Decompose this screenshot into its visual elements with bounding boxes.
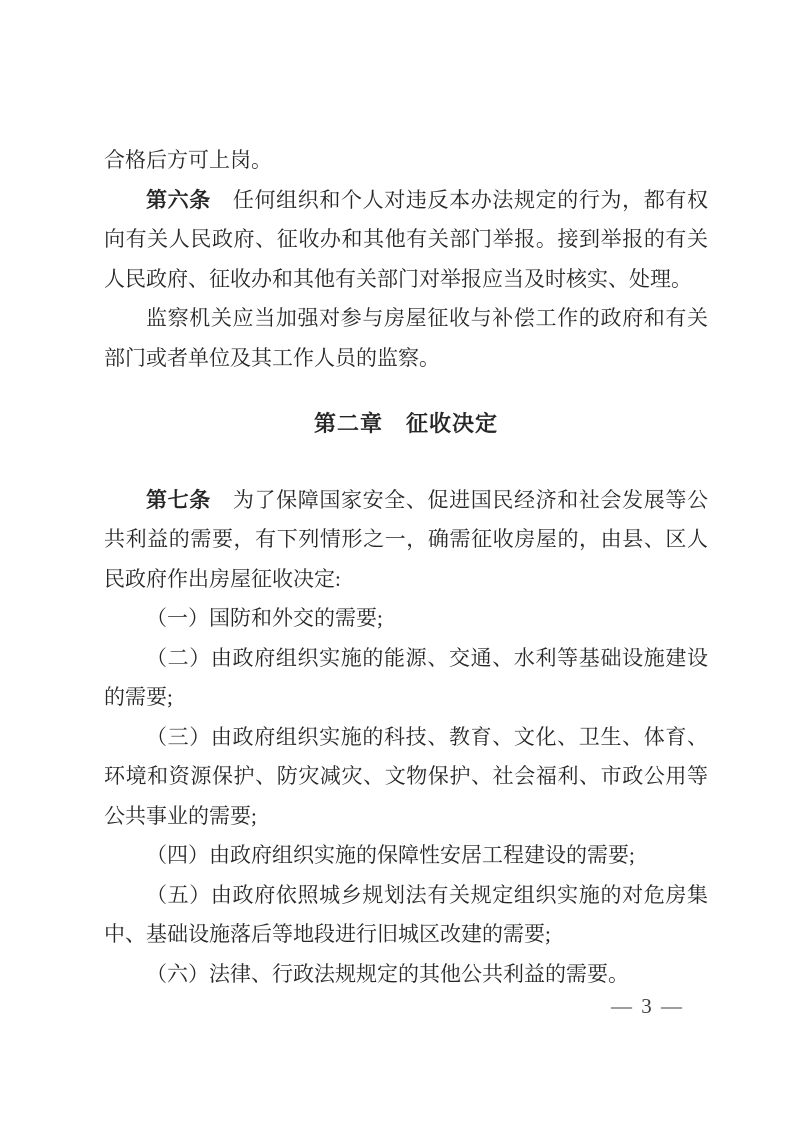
item-paragraph-6: （六）法律、行政法规规定的其他公共利益的需要。 xyxy=(104,955,708,995)
document-page: 合格后方可上岗。 第六条任何组织和个人对违反本办法规定的行为，都有权向有关人民政… xyxy=(0,0,793,1122)
article-6-label: 第六条 xyxy=(146,189,211,212)
item-paragraph-2: （二）由政府组织实施的能源、交通、水利等基础设施建设的需要; xyxy=(104,639,708,718)
intro-continuation-line: 合格后方可上岗。 xyxy=(104,141,708,181)
article-7-label: 第七条 xyxy=(146,489,211,512)
page-number: — 3 — xyxy=(610,994,685,1019)
supervision-paragraph: 监察机关应当加强对参与房屋征收与补偿工作的政府和有关部门或者单位及其工作人员的监… xyxy=(104,299,708,378)
chapter-heading: 第二章 征收决定 xyxy=(104,404,708,444)
article-6-paragraph: 第六条任何组织和个人对违反本办法规定的行为，都有权向有关人民政府、征收办和其他有… xyxy=(104,181,708,300)
item-paragraph-1: （一）国防和外交的需要; xyxy=(104,599,708,639)
document-body: 合格后方可上岗。 第六条任何组织和个人对违反本办法规定的行为，都有权向有关人民政… xyxy=(104,141,708,994)
item-paragraph-4: （四）由政府组织实施的保障性安居工程建设的需要; xyxy=(104,836,708,876)
item-paragraph-5: （五）由政府依照城乡规划法有关规定组织实施的对危房集中、基础设施落后等地段进行旧… xyxy=(104,876,708,955)
item-paragraph-3: （三）由政府组织实施的科技、教育、文化、卫生、体育、环境和资源保护、防灾减灾、文… xyxy=(104,718,708,837)
article-7-paragraph: 第七条为了保障国家安全、促进国民经济和社会发展等公共利益的需要，有下列情形之一，… xyxy=(104,481,708,600)
